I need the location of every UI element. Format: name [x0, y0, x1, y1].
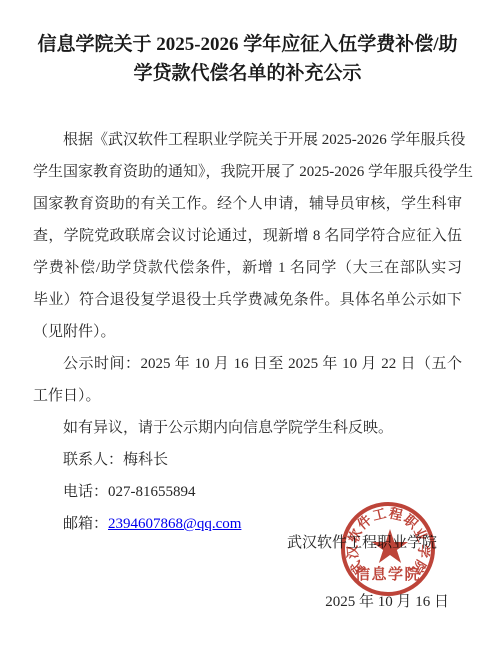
signature-org: 武汉软件工程职业学院 [287, 531, 437, 555]
body-line: 公示时间：2025 年 10 月 16 日至 2025 年 10 月 22 日（… [33, 348, 462, 380]
body-line: 学生国家教育资助的通知》，我院开展了 2025-2026 学年服兵役学生 [33, 156, 462, 188]
body-line: 根据《武汉软件工程职业学院关于开展 2025-2026 学年服兵役 [33, 124, 462, 156]
document-content: 信息学院关于 2025-2026 学年应征入伍学费补偿/助 学贷款代偿名单的补充… [0, 0, 488, 540]
body-line: 如有异议，请于公示期内向信息学院学生科反映。 [33, 412, 462, 444]
email-label: 邮箱： [63, 516, 108, 532]
body-line: 电话：027-81655894 [33, 476, 462, 508]
body-line: （见附件）。 [33, 316, 462, 348]
body-line: 国家教育资助的有关工作。经个人申请，辅导员审核，学生科审 [33, 188, 462, 220]
title-line-2: 学贷款代偿名单的补充公示 [33, 59, 462, 88]
email-link[interactable]: 2394607868@qq.com [108, 516, 241, 532]
title-line-1: 信息学院关于 2025-2026 学年应征入伍学费补偿/助 [33, 30, 462, 59]
phone-number: 027-81655894 [108, 484, 196, 500]
phone-line: 电话：027-81655894 [33, 476, 462, 508]
body-line: 学费补偿/助学贷款代偿条件，新增 1 名同学（大三在部队实习 [33, 252, 462, 284]
paragraph-objection: 如有异议，请于公示期内向信息学院学生科反映。 [33, 412, 462, 444]
announcement-document: 信息学院关于 2025-2026 学年应征入伍学费补偿/助 学贷款代偿名单的补充… [0, 0, 488, 671]
contact-name: 梅科长 [123, 452, 168, 468]
phone-label: 电话： [63, 484, 108, 500]
signature-date: 2025 年 10 月 16 日 [325, 590, 449, 614]
seal-center-text: 信息学院 [341, 563, 435, 584]
paragraph-publicity-period: 公示时间：2025 年 10 月 16 日至 2025 年 10 月 22 日（… [33, 348, 462, 412]
contact-person-line: 联系人：梅科长 [33, 444, 462, 476]
body-line: 查，学院党政联席会议讨论通过，现新增 8 名同学符合应征入伍 [33, 220, 462, 252]
body-line: 工作日）。 [33, 380, 462, 412]
body-line: 联系人：梅科长 [33, 444, 462, 476]
contact-label: 联系人： [63, 452, 123, 468]
page-title: 信息学院关于 2025-2026 学年应征入伍学费补偿/助 学贷款代偿名单的补充… [33, 30, 462, 88]
paragraph-basis: 根据《武汉软件工程职业学院关于开展 2025-2026 学年服兵役 学生国家教育… [33, 124, 462, 348]
body-line: 毕业）符合退役复学退役士兵学费减免条件。具体名单公示如下 [33, 284, 462, 316]
